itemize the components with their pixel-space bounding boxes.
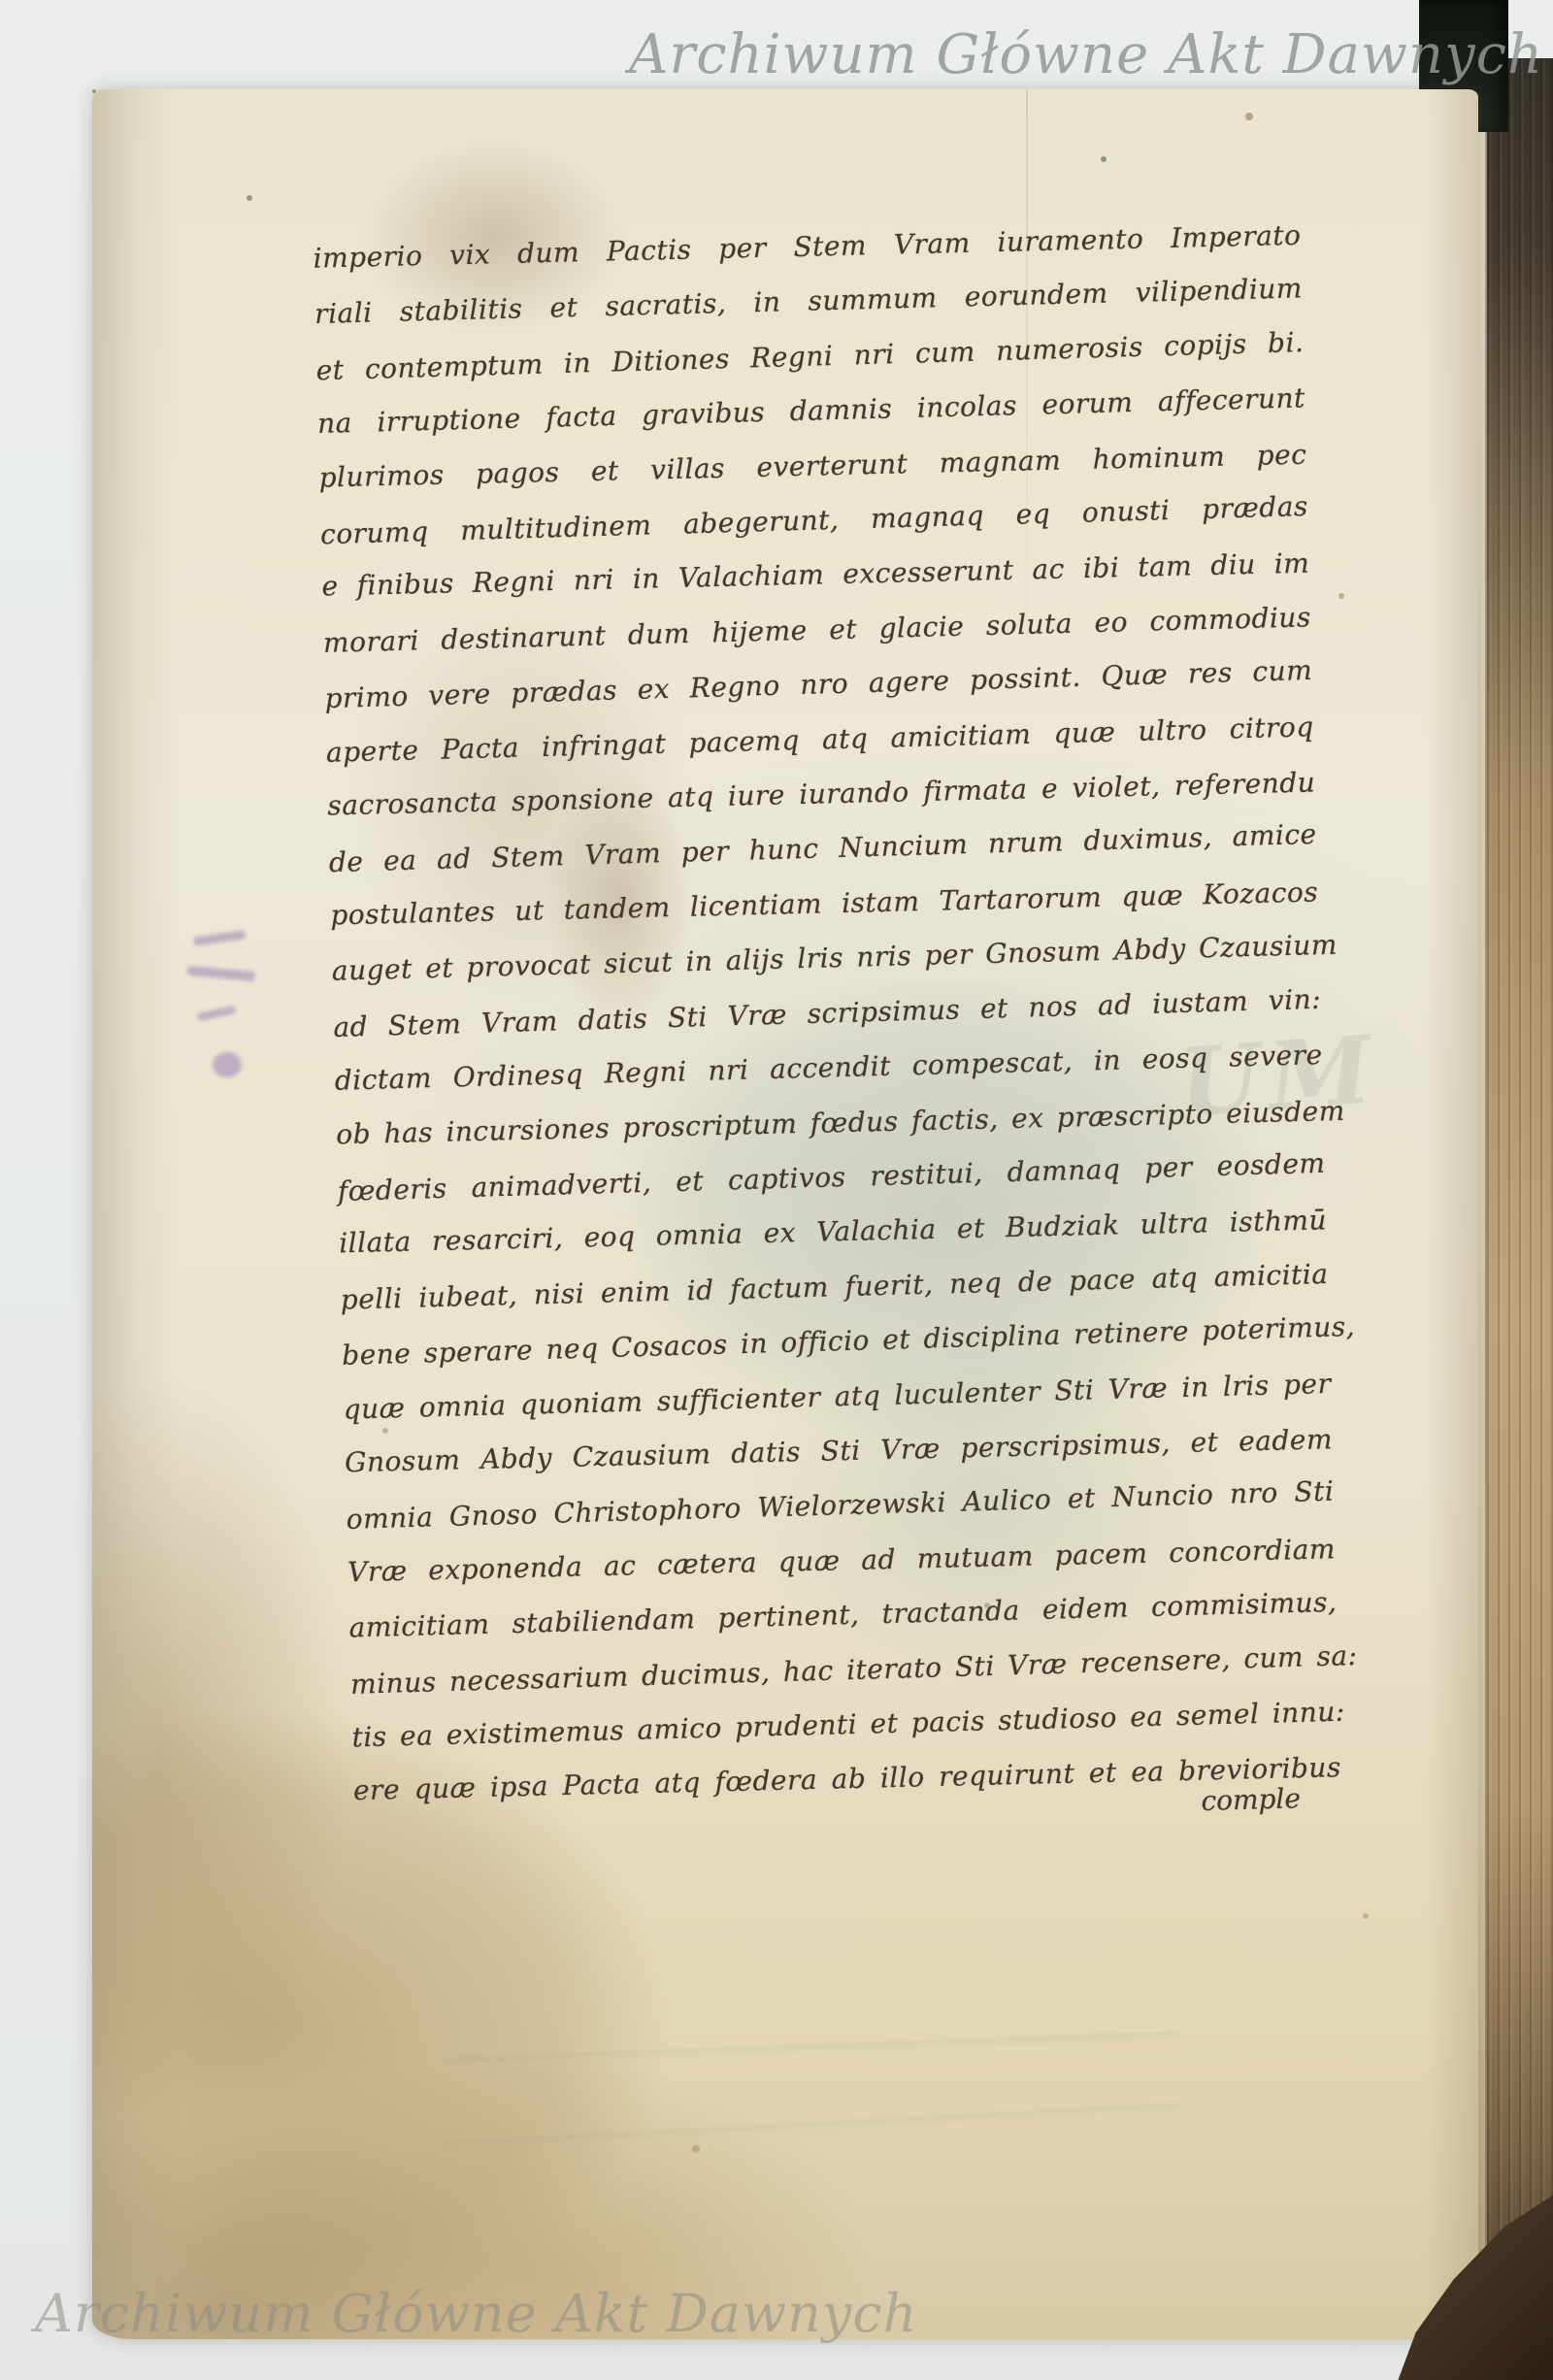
foxing-spots: [92, 89, 96, 93]
archive-watermark-top: Archiwum Główne Akt Dawnych: [629, 23, 1543, 86]
violet-stamp-remnant: [187, 926, 333, 1130]
book-fore-edge: [1487, 58, 1553, 2380]
scanned-page: UM imperio vix dum Pactis per Stem Vram …: [0, 0, 1553, 2380]
manuscript-text-block: imperio vix dum Pactis per Stem Vram iur…: [313, 207, 1341, 1820]
show-through-writing: [442, 1875, 1179, 2225]
